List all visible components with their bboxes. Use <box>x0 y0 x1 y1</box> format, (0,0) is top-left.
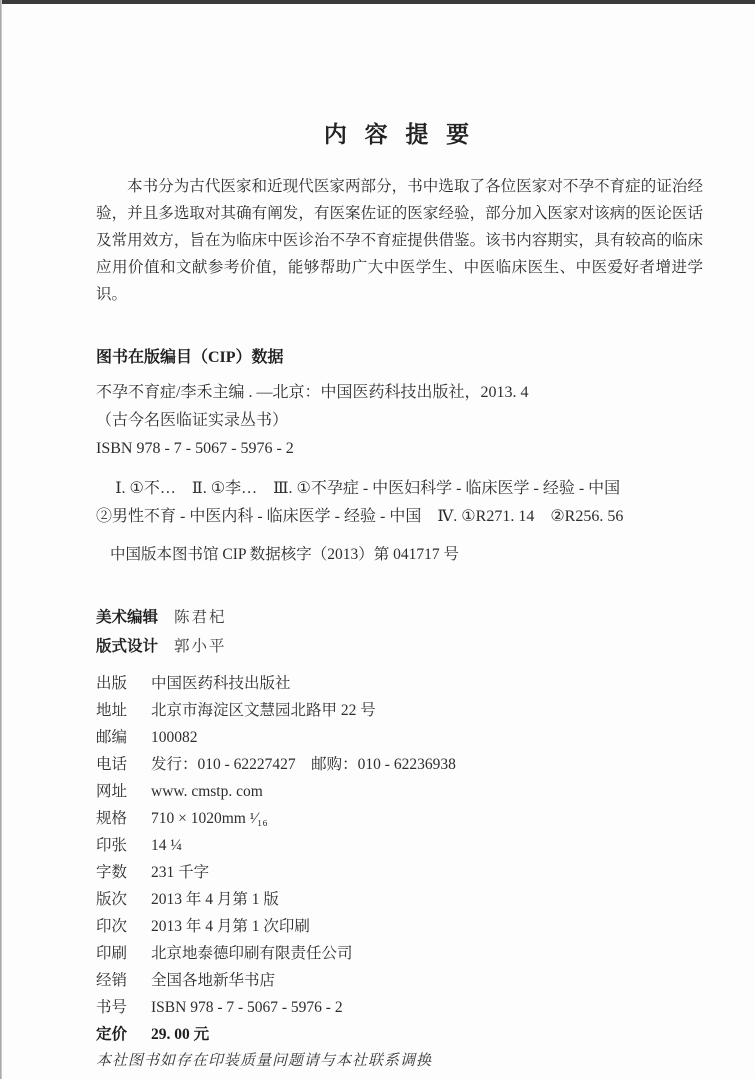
cip-heading: 图书在版编目（CIP）数据 <box>96 344 703 367</box>
cip-isbn-line: ISBN 978 - 7 - 5067 - 5976 - 2 <box>96 435 703 463</box>
publication-label: 印次 <box>96 913 138 940</box>
cip-book-line: 不孕不育症/李禾主编 . —北京：中国医药科技出版社，2013. 4 <box>96 379 703 407</box>
publication-value: 231 千字 <box>151 859 209 886</box>
publication-label: 经销 <box>96 967 138 994</box>
publication-value: www. cmstp. com <box>151 778 263 805</box>
publication-value: 710 × 1020mm ¹⁄₁₆ <box>151 805 268 832</box>
publication-value: 全国各地新华书店 <box>151 967 275 994</box>
cip-record-line: 中国版本图书馆 CIP 数据核字（2013）第 041717 号 <box>96 541 703 569</box>
publication-label: 地址 <box>96 697 138 724</box>
publication-label: 版次 <box>96 886 138 913</box>
publication-value: 2013 年 4 月第 1 次印刷 <box>151 913 310 940</box>
publication-row: 地址 北京市海淀区文慧园北路甲 22 号 <box>96 697 703 724</box>
publication-value: 北京市海淀区文慧园北路甲 22 号 <box>151 697 376 724</box>
publication-value: 北京地泰德印刷有限责任公司 <box>151 940 353 967</box>
publication-row: 网址 www. cmstp. com <box>96 778 703 805</box>
publication-label: 书号 <box>96 994 138 1021</box>
cip-class-line-1: Ⅰ. ①不… Ⅱ. ①李… Ⅲ. ①不孕症 - 中医妇科学 - 临床医学 - 经… <box>96 475 703 503</box>
publication-row: 印次 2013 年 4 月第 1 次印刷 <box>96 913 703 940</box>
publication-label: 网址 <box>96 778 138 805</box>
publication-value: ISBN 978 - 7 - 5067 - 5976 - 2 <box>151 994 343 1021</box>
credit-value: 郭小平 <box>174 632 227 661</box>
publication-label: 定价 <box>96 1021 138 1048</box>
publication-row: 规格 710 × 1020mm ¹⁄₁₆ <box>96 805 703 832</box>
book-copyright-page: 内 容 提 要 本书分为古代医家和近现代医家两部分，书中选取了各位医家对不孕不育… <box>0 0 755 1079</box>
credit-row: 版式设计 郭小平 <box>96 632 703 661</box>
cip-block: 图书在版编目（CIP）数据 不孕不育症/李禾主编 . —北京：中国医药科技出版社… <box>96 344 703 569</box>
credits-list: 美术编辑 陈君杞 版式设计 郭小平 <box>96 603 703 661</box>
publication-row: 定价 29. 00 元 <box>96 1021 703 1048</box>
publication-value: 29. 00 元 <box>151 1021 209 1048</box>
publication-label: 电话 <box>96 751 138 778</box>
credit-row: 美术编辑 陈君杞 <box>96 603 703 632</box>
page-title: 内 容 提 要 <box>96 116 703 149</box>
publication-label: 邮编 <box>96 724 138 751</box>
publication-row: 经销 全国各地新华书店 <box>96 967 703 994</box>
publication-row: 字数 231 千字 <box>96 859 703 886</box>
publication-row: 版次 2013 年 4 月第 1 版 <box>96 886 703 913</box>
publication-value: 14 ¼ <box>151 832 182 859</box>
publication-row: 印刷 北京地泰德印刷有限责任公司 <box>96 940 703 967</box>
publication-row: 电话 发行：010 - 62227427 邮购：010 - 62236938 <box>96 751 703 778</box>
publication-row: 印张 14 ¼ <box>96 832 703 859</box>
publication-value: 发行：010 - 62227427 邮购：010 - 62236938 <box>151 751 456 778</box>
publication-list: 出版 中国医药科技出版社 地址 北京市海淀区文慧园北路甲 22 号 邮编 100… <box>96 670 703 1048</box>
credit-value: 陈君杞 <box>174 603 227 632</box>
publication-label: 印张 <box>96 832 138 859</box>
publication-row: 书号 ISBN 978 - 7 - 5067 - 5976 - 2 <box>96 994 703 1021</box>
publication-value: 中国医药科技出版社 <box>151 670 291 697</box>
publication-label: 字数 <box>96 859 138 886</box>
cip-classification: Ⅰ. ①不… Ⅱ. ①李… Ⅲ. ①不孕症 - 中医妇科学 - 临床医学 - 经… <box>96 475 703 531</box>
quality-notice: 本社图书如存在印装质量问题请与本社联系调换 <box>96 1049 703 1070</box>
publication-label: 印刷 <box>96 940 138 967</box>
publication-value: 100082 <box>151 724 198 751</box>
summary-paragraph: 本书分为古代医家和近现代医家两部分，书中选取了各位医家对不孕不育症的证治经验，并… <box>96 173 703 308</box>
publication-row: 邮编 100082 <box>96 724 703 751</box>
publication-label: 规格 <box>96 805 138 832</box>
cip-class-line-2: ②男性不育 - 中医内科 - 临床医学 - 经验 - 中国 Ⅳ. ①R271. … <box>96 503 703 531</box>
credit-label: 美术编辑 <box>96 603 168 632</box>
publication-value: 2013 年 4 月第 1 版 <box>151 886 279 913</box>
credit-label: 版式设计 <box>96 632 168 661</box>
cip-series-line: （古今名医临证实录丛书） <box>96 407 703 435</box>
publication-label: 出版 <box>96 670 138 697</box>
page-content: 内 容 提 要 本书分为古代医家和近现代医家两部分，书中选取了各位医家对不孕不育… <box>0 0 755 1070</box>
publication-row: 出版 中国医药科技出版社 <box>96 670 703 697</box>
